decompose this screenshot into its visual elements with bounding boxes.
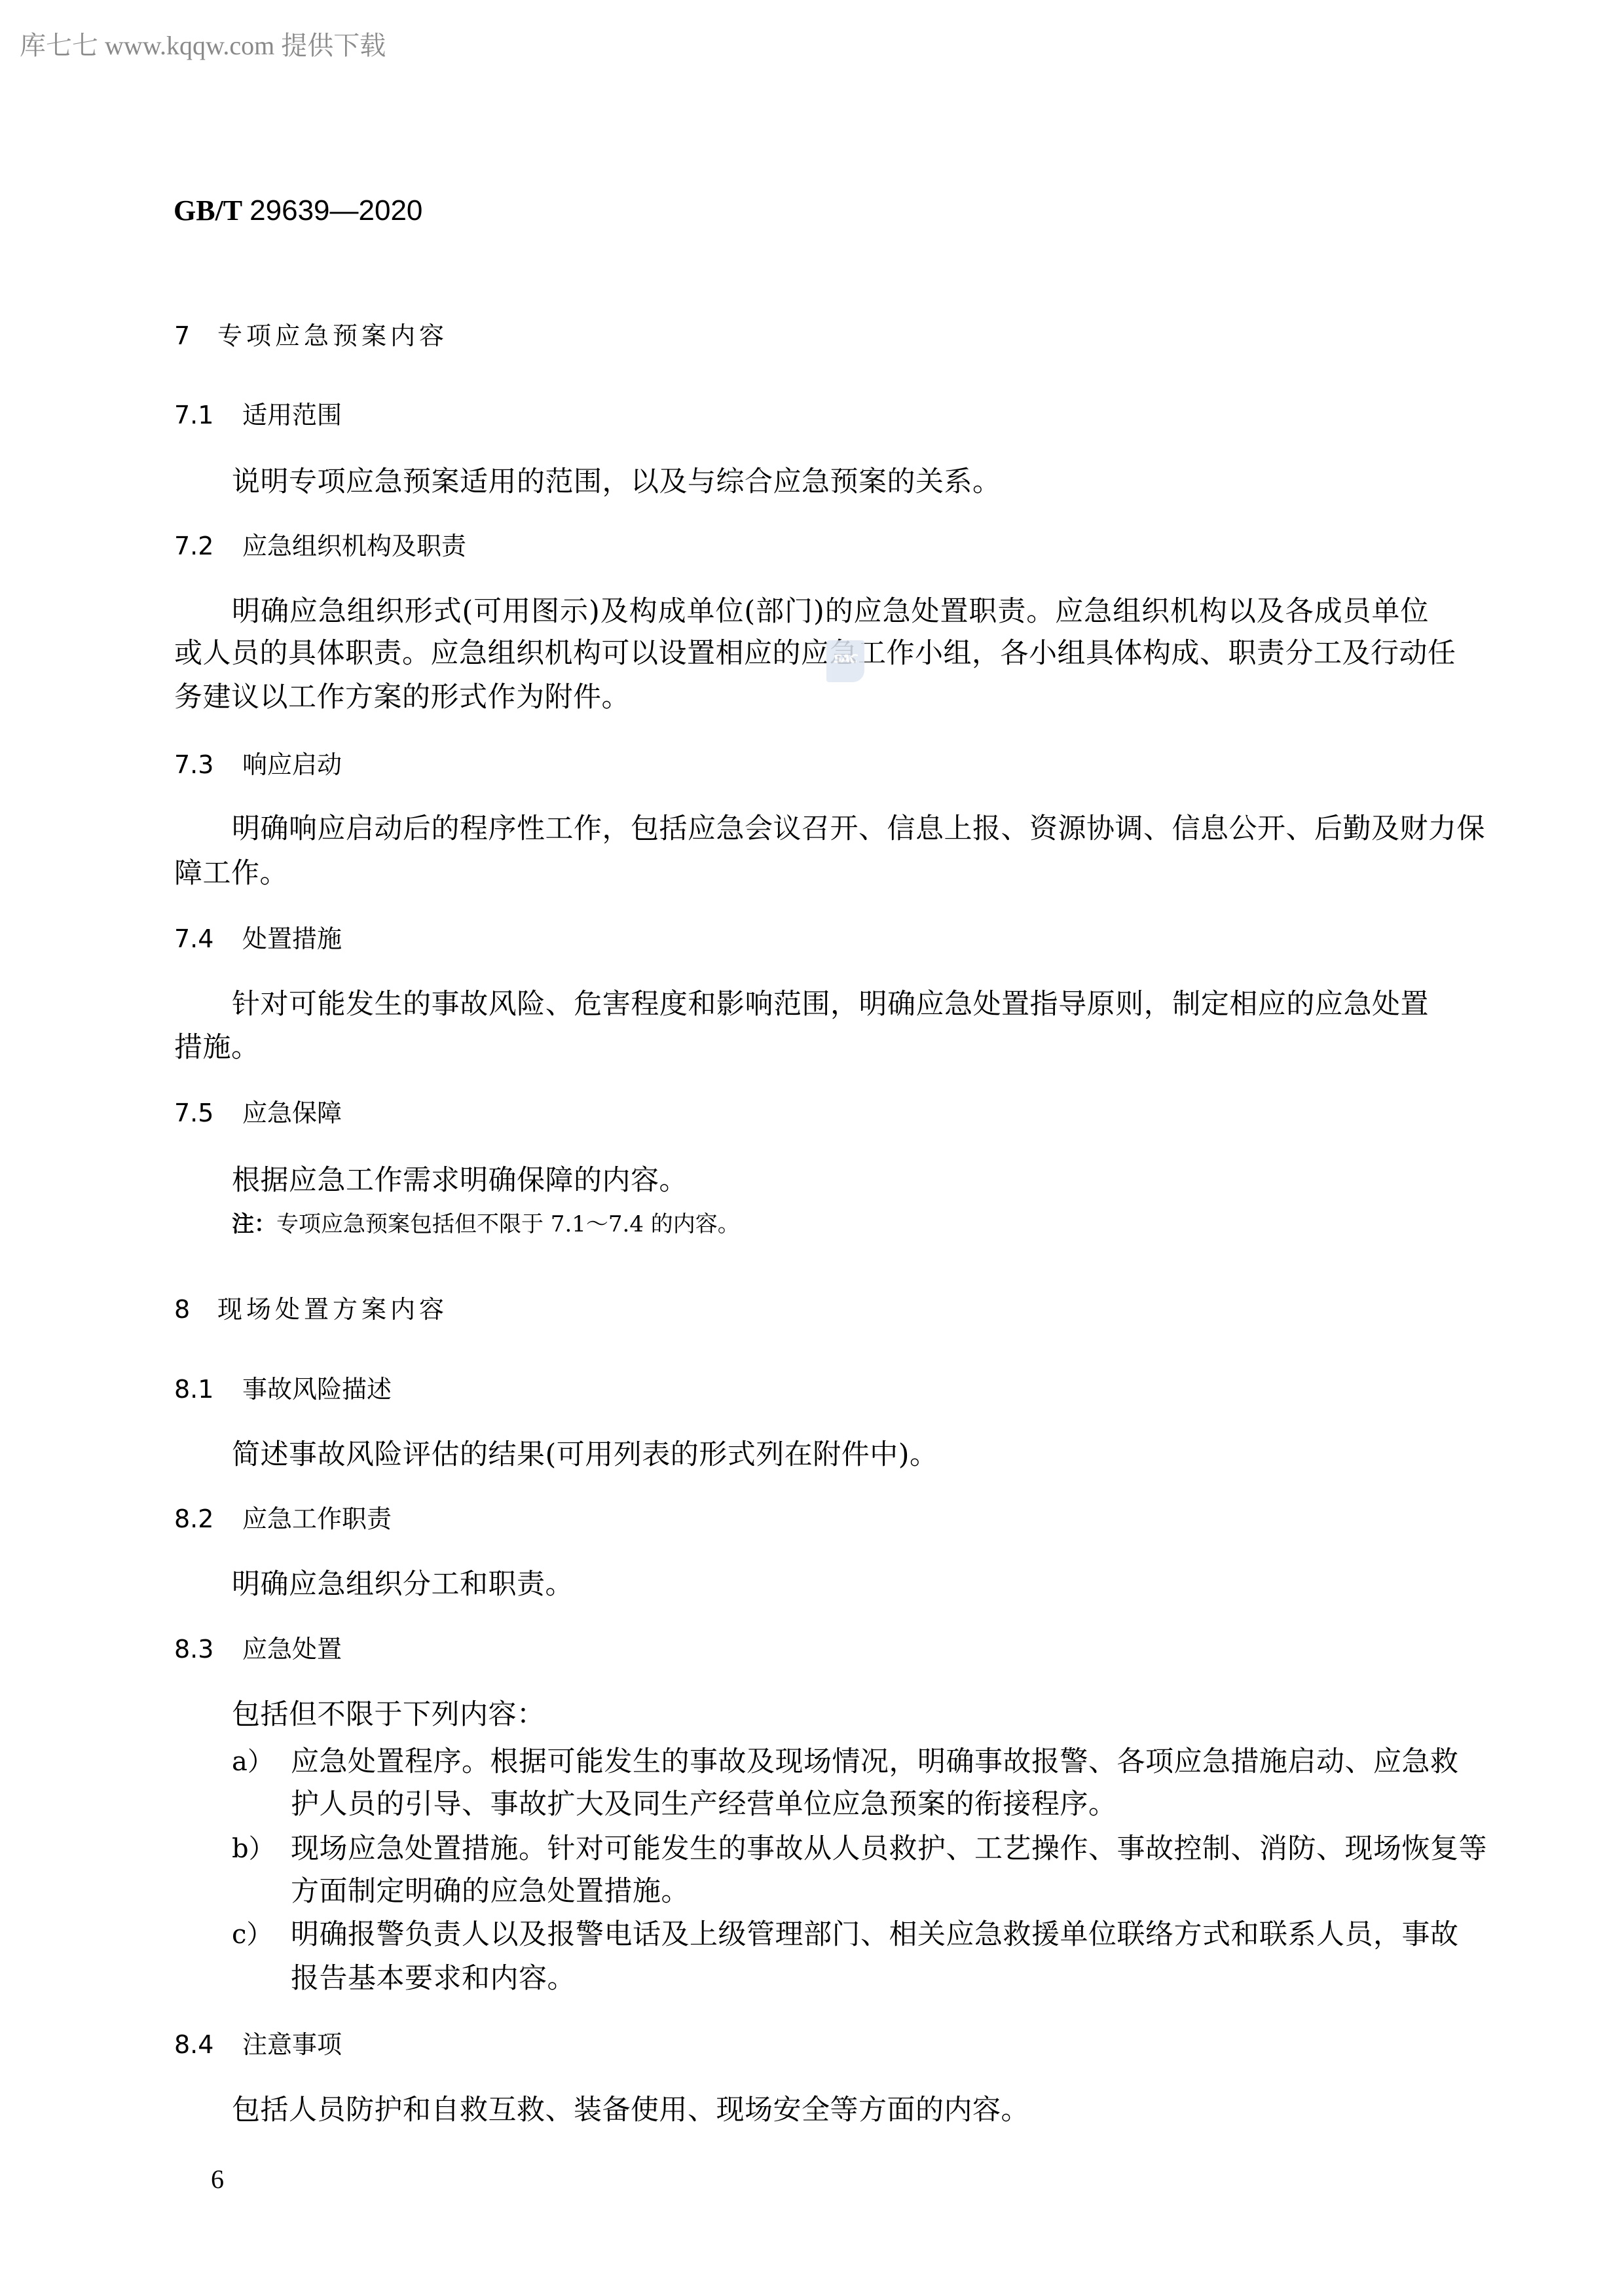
section-number: 8.3 — [174, 1635, 242, 1664]
paragraph-line: 明确应急组织分工和职责。 — [232, 1562, 574, 1602]
page-number: 6 — [211, 2164, 224, 2195]
paragraph-line: 或人员的具体职责。应急组织机构可以设置相应的应急工作小组，各小组具体构成、职责分… — [174, 631, 1429, 671]
section-7-heading: 7专项应急预案内容 — [174, 316, 448, 352]
section-number: 7.2 — [174, 532, 242, 560]
section-number: 7.4 — [174, 924, 242, 953]
list-item-line: 报告基本要求和内容。 — [291, 1956, 576, 1996]
section-8-1-heading: 8.1事故风险描述 — [174, 1369, 392, 1405]
sac-logo-watermark: SAC — [826, 640, 864, 682]
section-8-4-heading: 8.4注意事项 — [174, 2024, 342, 2060]
note-text: 专项应急预案包括但不限于 7.1～7.4 的内容。 — [276, 1211, 740, 1237]
section-title: 现场处置方案内容 — [217, 1295, 448, 1324]
section-number: 8.2 — [174, 1504, 242, 1533]
section-title: 处置措施 — [242, 924, 342, 953]
list-label: a） — [232, 1741, 274, 1778]
section-7-1-heading: 7.1适用范围 — [174, 395, 342, 431]
section-7-3-heading: 7.3响应启动 — [174, 744, 342, 780]
paragraph-line: 包括人员防护和自救互救、装备使用、现场安全等方面的内容。 — [232, 2088, 1029, 2128]
section-title: 应急组织机构及职责 — [242, 532, 466, 560]
standard-code: GB/T 29639—2020 — [174, 194, 422, 227]
download-watermark: 库七七 www.kqqw.com 提供下载 — [20, 25, 386, 62]
section-7-5-heading: 7.5应急保障 — [174, 1093, 342, 1129]
standard-number: 29639—2020 — [249, 194, 422, 227]
section-8-3-heading: 8.3应急处置 — [174, 1629, 342, 1665]
section-number: 7.5 — [174, 1099, 242, 1127]
paragraph-line: 说明专项应急预案适用的范围，以及与综合应急预案的关系。 — [232, 460, 1001, 500]
section-7-2-heading: 7.2应急组织机构及职责 — [174, 526, 466, 562]
list-item-line: 明确报警负责人以及报警电话及上级管理部门、相关应急救援单位联络方式和联系人员，事… — [291, 1912, 1429, 1952]
paragraph-line: 针对可能发生的事故风险、危害程度和影响范围，明确应急处置指导原则，制定相应的应急… — [232, 982, 1429, 1022]
section-title: 注意事项 — [242, 2030, 342, 2059]
section-number: 7.3 — [174, 750, 242, 779]
section-number: 8 — [174, 1295, 217, 1324]
list-item-line: 方面制定明确的应急处置措施。 — [291, 1869, 690, 1909]
sac-logo-text: SAC — [826, 652, 864, 666]
section-number: 8.4 — [174, 2030, 242, 2059]
section-number: 8.1 — [174, 1375, 242, 1404]
section-title: 应急处置 — [242, 1635, 342, 1664]
section-8-heading: 8现场处置方案内容 — [174, 1289, 448, 1325]
standard-prefix: GB/T — [174, 194, 242, 227]
note-label: 注： — [232, 1211, 276, 1237]
note: 注：专项应急预案包括但不限于 7.1～7.4 的内容。 — [232, 1206, 740, 1238]
section-number: 7 — [174, 321, 217, 350]
section-title: 应急工作职责 — [242, 1504, 392, 1533]
paragraph-line: 根据应急工作需求明确保障的内容。 — [232, 1158, 688, 1198]
paragraph-line: 务建议以工作方案的形式作为附件。 — [174, 675, 630, 715]
section-7-4-heading: 7.4处置措施 — [174, 919, 342, 955]
section-title: 应急保障 — [242, 1099, 342, 1127]
section-number: 7.1 — [174, 401, 242, 429]
paragraph-line: 障工作。 — [174, 851, 288, 891]
list-item-line: 护人员的引导、事故扩大及同生产经营单位应急预案的衔接程序。 — [291, 1782, 1117, 1822]
section-title: 专项应急预案内容 — [217, 321, 448, 350]
section-title: 响应启动 — [242, 750, 342, 779]
list-item-line: 现场应急处置措施。针对可能发生的事故从人员救护、工艺操作、事故控制、消防、现场恢… — [291, 1827, 1429, 1867]
section-title: 适用范围 — [242, 401, 342, 429]
paragraph-line: 措施。 — [174, 1025, 260, 1065]
list-label: b） — [232, 1828, 275, 1865]
paragraph-line: 明确应急组织形式(可用图示)及构成单位(部门)的应急处置职责。应急组织机构以及各… — [232, 589, 1429, 629]
section-title: 事故风险描述 — [242, 1375, 392, 1404]
paragraph-line: 简述事故风险评估的结果(可用列表的形式列在附件中)。 — [232, 1432, 938, 1472]
list-label: c） — [232, 1914, 272, 1951]
section-8-2-heading: 8.2应急工作职责 — [174, 1499, 392, 1535]
list-item-line: 应急处置程序。根据可能发生的事故及现场情况，明确事故报警、各项应急措施启动、应急… — [291, 1740, 1429, 1779]
list-intro: 包括但不限于下列内容： — [232, 1692, 545, 1732]
paragraph-line: 明确响应启动后的程序性工作，包括应急会议召开、信息上报、资源协调、信息公开、后勤… — [232, 807, 1429, 847]
